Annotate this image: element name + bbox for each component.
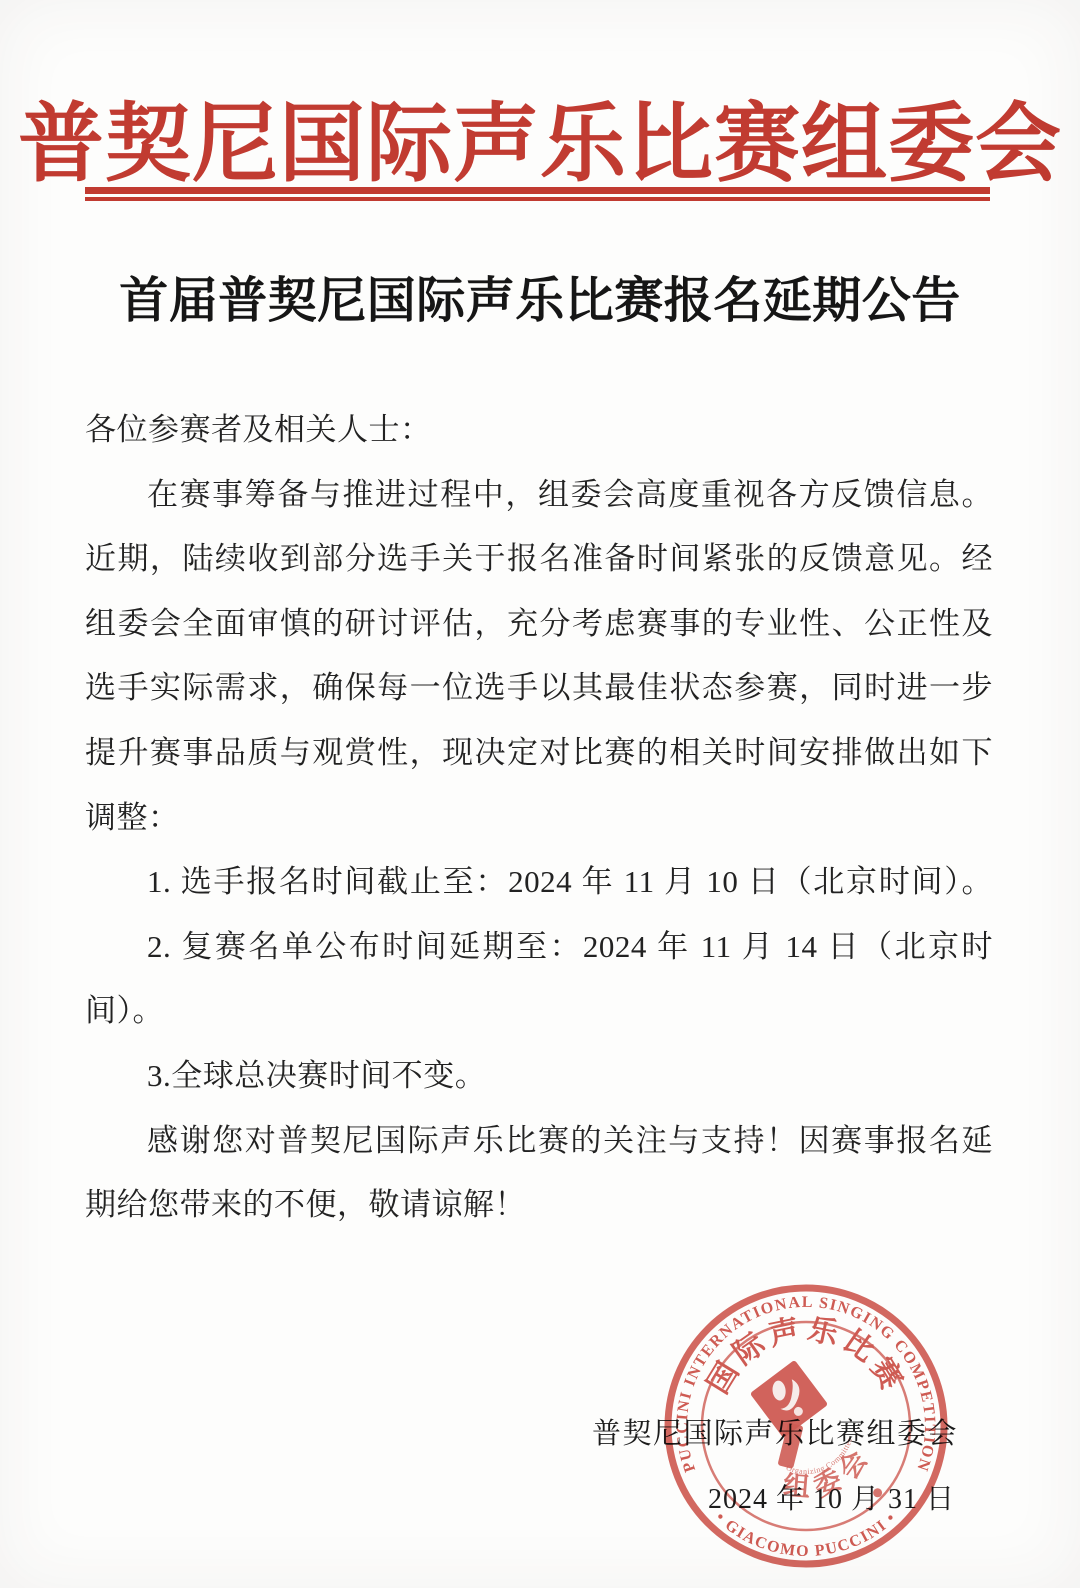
body-line: 期给您带来的不便，敬请谅解！: [85, 1173, 993, 1238]
body-line: 间）。: [85, 979, 993, 1044]
seal-dot: [873, 1488, 882, 1497]
body-line: 感谢您对普契尼国际声乐比赛的关注与支持！因赛事报名延: [85, 1109, 993, 1174]
body-line: 组委会全面审慎的研讨评估，充分考虑赛事的专业性、公正性及: [85, 592, 993, 657]
org-letterhead-title: 普契尼国际声乐比赛组委会: [0, 74, 1080, 198]
body-line: 选手实际需求，确保每一位选手以其最佳状态参赛，同时进一步: [85, 656, 993, 721]
body-line: 提升赛事品质与观赏性，现决定对比赛的相关时间安排做出如下: [85, 721, 993, 786]
body-line: 1. 选手报名时间截止至：2024 年 11 月 10 日（北京时间）。: [85, 850, 993, 915]
body-line: 调整：: [85, 786, 993, 851]
body-line: 3.全球总决赛时间不变。: [85, 1044, 993, 1109]
body-line: 近期，陆续收到部分选手关于报名准备时间紧张的反馈意见。经: [85, 527, 993, 592]
letterhead-divider-rule: [85, 187, 990, 201]
seal-outer-ring: [668, 1288, 944, 1564]
body-line: 在赛事筹备与推进过程中，组委会高度重视各方反馈信息。: [85, 463, 993, 528]
announcement-document: 普契尼国际声乐比赛组委会 首届普契尼国际声乐比赛报名延期公告 各位参赛者及相关人…: [0, 0, 1080, 1588]
announcement-title: 首届普契尼国际声乐比赛报名延期公告: [0, 262, 1080, 332]
seal-ring-text-bottom: • GIACOMO PUCCINI •: [712, 1509, 900, 1560]
body-line: 2. 复赛名单公布时间延期至：2024 年 11 月 14 日（北京时: [85, 915, 993, 980]
seal-center-logo-icon: [740, 1354, 833, 1472]
body-line: 各位参赛者及相关人士：: [85, 398, 993, 463]
announcement-body: 各位参赛者及相关人士： 在赛事筹备与推进过程中，组委会高度重视各方反馈信息。 近…: [85, 398, 993, 1238]
official-seal-stamp-icon: PUCCINI INTERNATIONAL SINGING COMPETITIO…: [661, 1281, 951, 1571]
